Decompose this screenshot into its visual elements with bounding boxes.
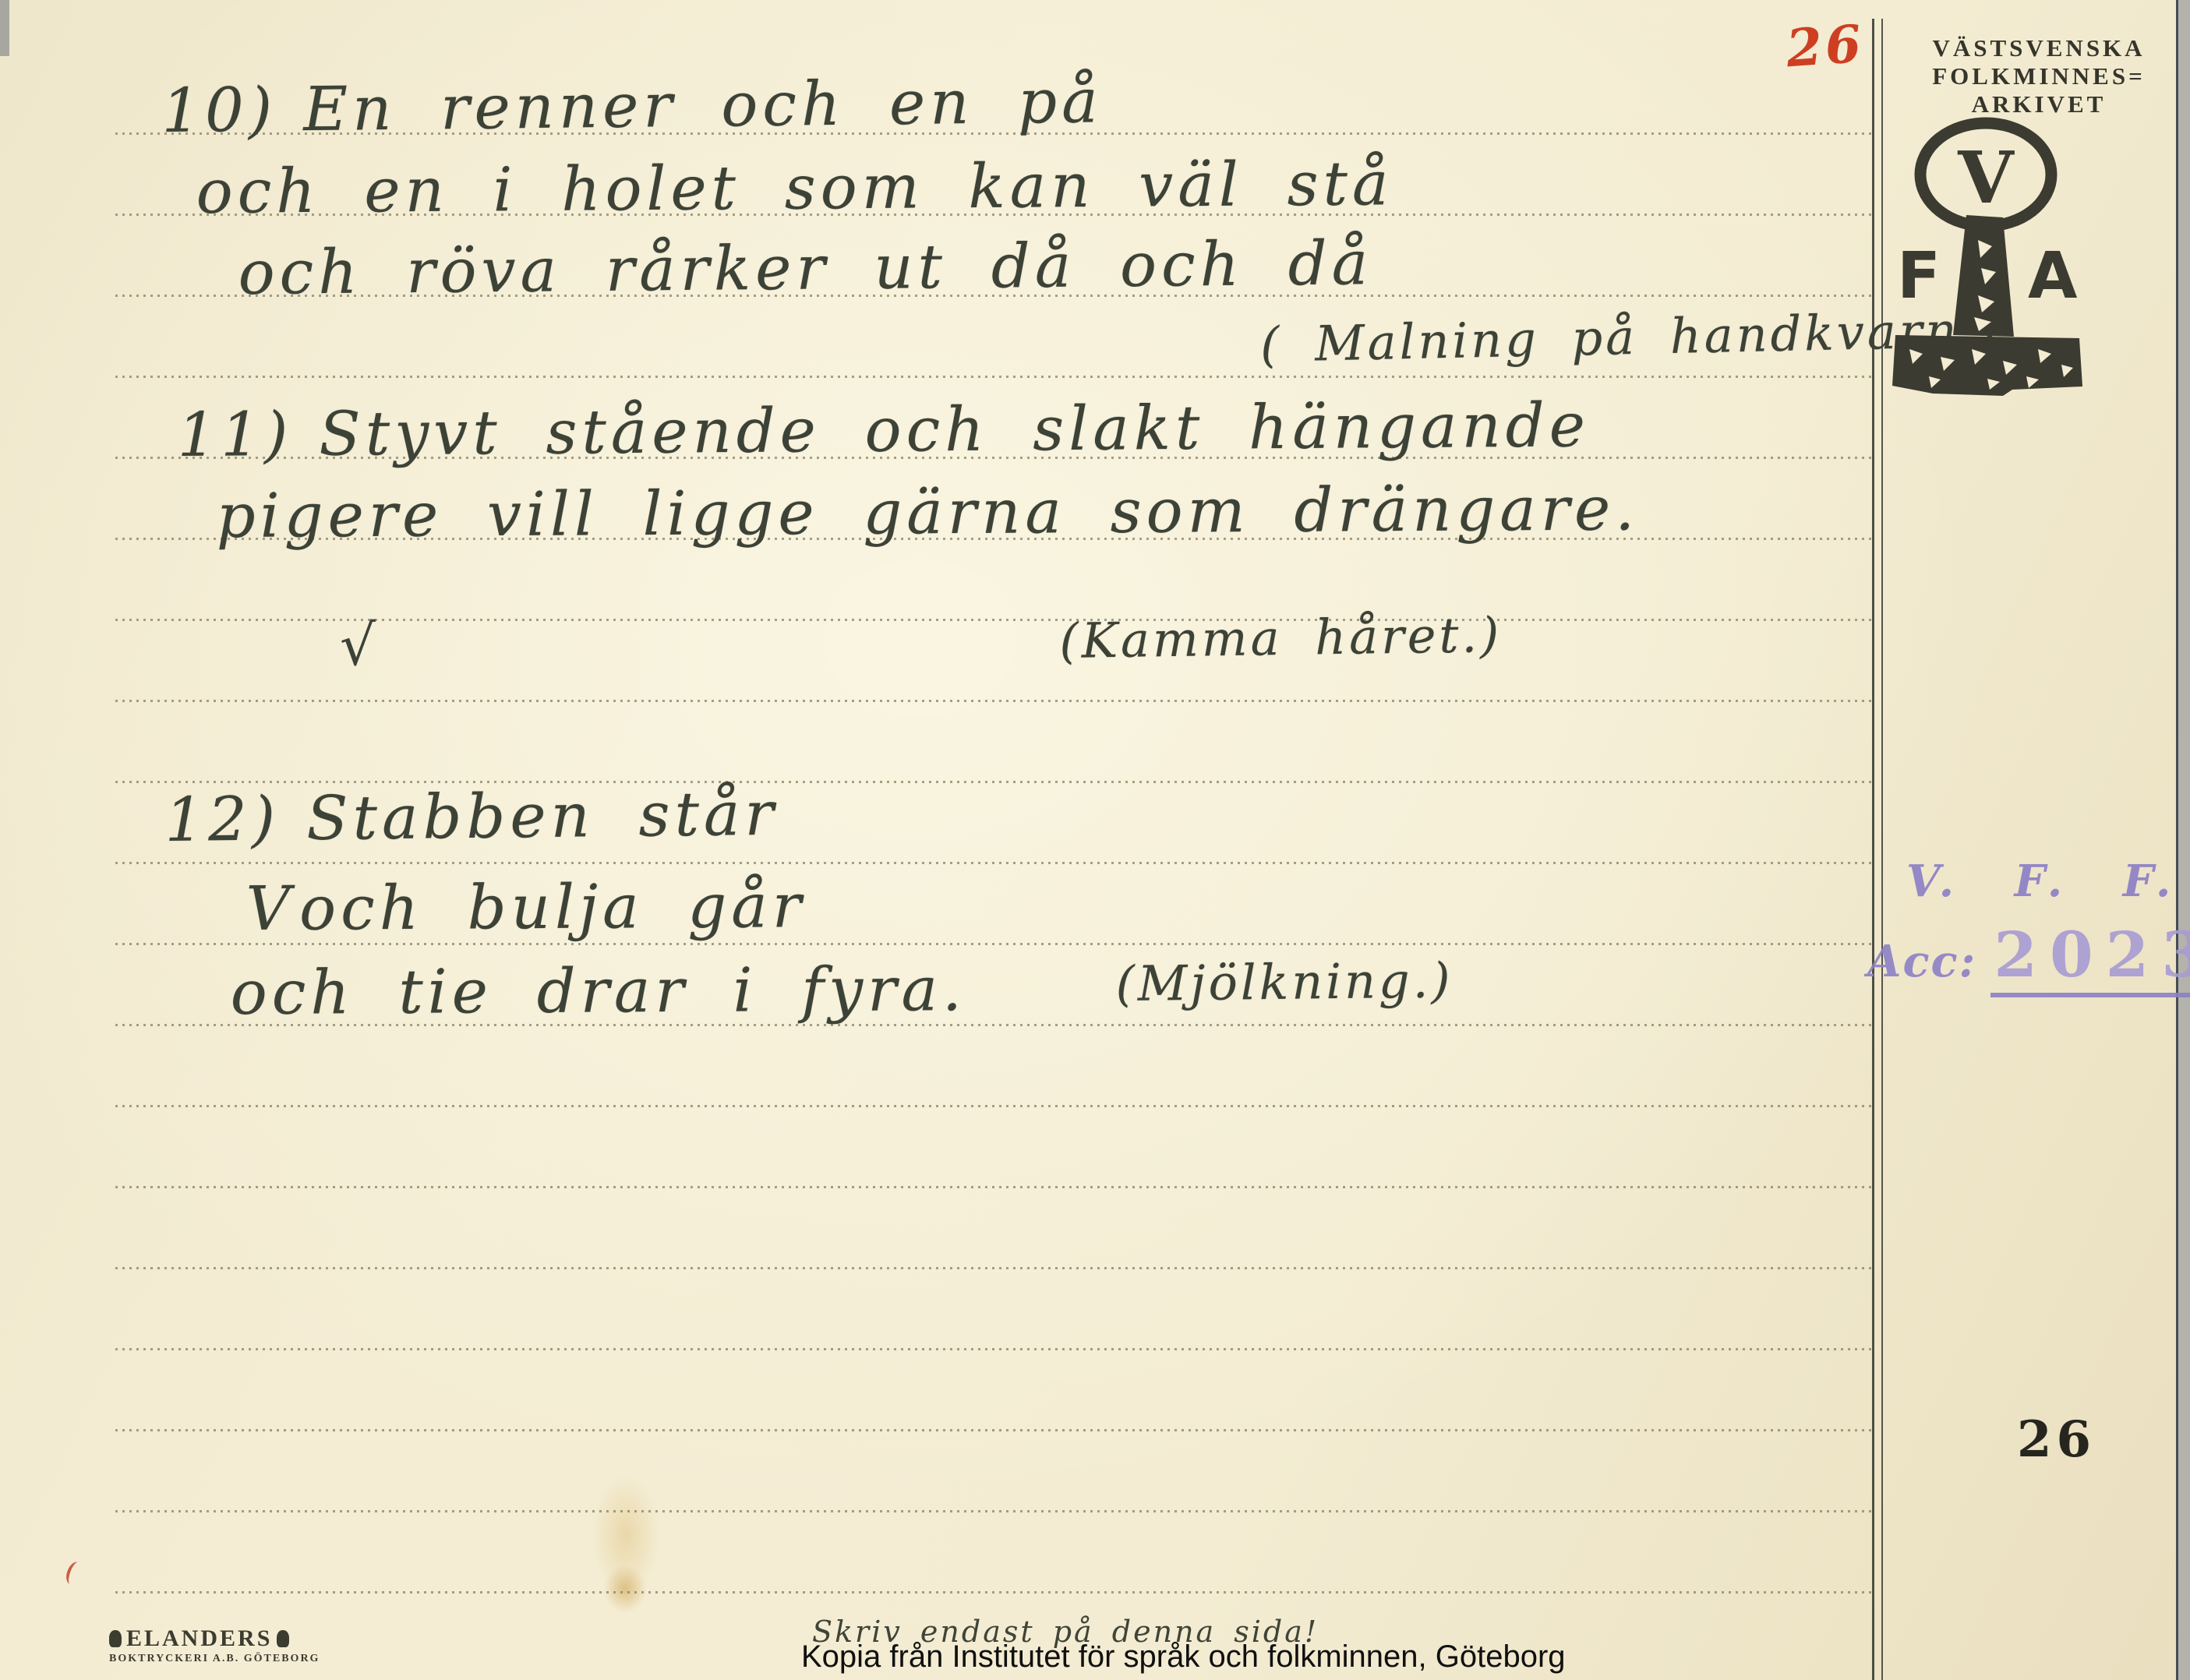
accession-stamp: Acc: 2023 xyxy=(1867,918,2190,997)
rule-line xyxy=(115,619,1874,621)
printer-name: ELANDERS xyxy=(126,1625,272,1652)
rule-line xyxy=(115,1105,1874,1107)
logo-letter-f: F xyxy=(1897,239,1941,313)
riddle-12-line-2: Voch bulja går xyxy=(246,871,807,944)
rule-line xyxy=(115,1348,1874,1350)
riddle-12-number: 12) xyxy=(164,784,281,856)
riddle-11-number: 11) xyxy=(177,400,292,471)
logo-hammer-head xyxy=(1892,335,2082,396)
riddle-12-text-2: och bulja går xyxy=(299,871,806,944)
scan-edge-right xyxy=(2176,0,2190,1680)
riddle-11-line-2: pigere vill ligge gärna som drängare. xyxy=(217,474,1640,552)
archive-header-line-1: VÄSTSVENSKA xyxy=(1899,34,2179,62)
rule-line xyxy=(115,700,1874,702)
archive-document-page: 26 10)En renner och en på och en i holet… xyxy=(0,0,2190,1680)
riddle-11-line-1: 11)Styvt stående och slakt hängande xyxy=(177,390,1590,471)
margin-vertical-rule xyxy=(1872,19,1883,1680)
riddle-10-text-1: En renner och en på xyxy=(303,66,1103,145)
printer-subtitle: BOKTRYCKERI A.B. GÖTEBORG xyxy=(109,1653,320,1665)
riddle-12-answer: (Mjölkning.) xyxy=(1115,951,1454,1012)
scan-edge-top-left xyxy=(0,0,9,56)
rule-line xyxy=(115,862,1874,864)
archive-header-line-3: ARKIVET xyxy=(1899,90,2179,118)
riddle-12-line-3: och tie drar i fyra. xyxy=(231,955,966,1029)
logo-letter-a: A xyxy=(2028,239,2078,313)
riddle-10-line-1: 10)En renner och en på xyxy=(161,66,1103,146)
rule-line xyxy=(115,1267,1874,1269)
accession-label: Acc: xyxy=(1867,936,1976,987)
riddle-11-answer: (Kamma håret.) xyxy=(1059,606,1503,669)
riddle-12-text-1: Stabben står xyxy=(306,779,779,854)
archive-header: VÄSTSVENSKA FOLKMINNES= ARKIVET xyxy=(1899,34,2179,118)
riddle-10-number: 10) xyxy=(161,75,277,146)
vff-stamp-initials: V. F. F. xyxy=(1906,856,2177,907)
riddle-10-line-2: och en i holet som kan väl stå xyxy=(196,149,1393,228)
handwritten-page-number-red: 26 xyxy=(1784,13,1866,79)
riddle-11-text-1: Styvt stående och slakt hängande xyxy=(319,390,1590,469)
rule-line xyxy=(115,1510,1874,1512)
printer-ornament-left-icon xyxy=(109,1630,122,1647)
check-mark-pen-stroke: √ xyxy=(340,612,376,678)
rule-line xyxy=(115,1186,1874,1188)
rule-line xyxy=(115,376,1874,378)
rule-line xyxy=(115,1591,1874,1594)
printer-ornament-right-icon xyxy=(277,1630,289,1647)
vfa-hammer-logo: V F A xyxy=(1886,115,2089,405)
paper-stain-drop xyxy=(603,1565,647,1613)
accession-number: 2023 xyxy=(1990,918,2190,997)
riddle-10-line-3: och röva rårker ut då och då xyxy=(238,228,1372,309)
printed-page-number: 26 xyxy=(2017,1410,2096,1469)
red-pen-tick xyxy=(63,1560,84,1586)
pen-tick-mark: V xyxy=(246,874,295,944)
scan-copy-credit: Kopia från Institutet för språk och folk… xyxy=(801,1639,1566,1675)
rule-line xyxy=(115,1429,1874,1431)
riddle-12-line-1: 12)Stabben står xyxy=(164,779,779,856)
archive-header-line-2: FOLKMINNES= xyxy=(1899,62,2179,90)
logo-letter-v: V xyxy=(1957,136,2015,220)
printer-mark: ELANDERS BOKTRYCKERI A.B. GÖTEBORG xyxy=(109,1625,320,1665)
